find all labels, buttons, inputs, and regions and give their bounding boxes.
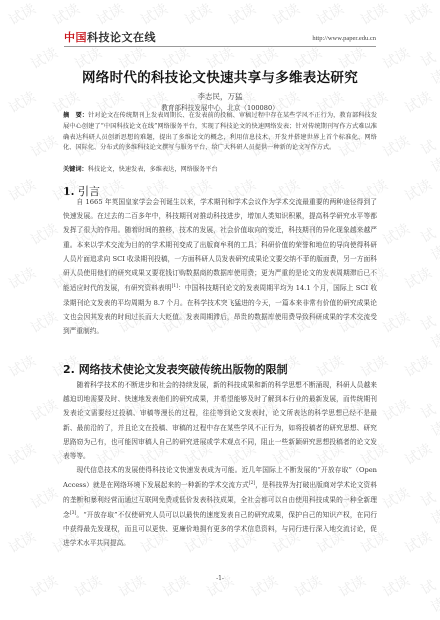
- paragraph-text: 自 1665 年英国皇家学会会刊诞生以来，学术期刊和学术会议作为学术交流最重要的…: [63, 198, 377, 292]
- paragraph-network-1: 随着科学技术的不断进步和社会的持续发展，新的科技成果和新的科学思想不断涌现，科研…: [63, 378, 377, 463]
- paragraph-text: 。“开放存取”不仅使研究人员可以以最快的速度发表自己的研究成果，保护自己的知识产…: [63, 511, 377, 547]
- section-heading-network: 2. 网络技术使论文发表突破传统出版物的限制: [63, 361, 288, 377]
- keywords: 关键词：科技论文，快速发表，多维表达，网络服务平台: [63, 165, 377, 176]
- keywords-text: 科技论文，快速发表，多维表达，网络服务平台: [88, 166, 218, 173]
- paragraph-text: 随着科学技术的不断进步和社会的持续发展，新的科技成果和新的科学思想不断涌现，科研…: [63, 381, 377, 460]
- logo-red-text: 中国: [64, 31, 87, 44]
- paper-title: 网络时代的科技论文快速共享与多维表达研究: [0, 66, 440, 86]
- site-logo: 中国科技论文在线: [64, 32, 156, 44]
- abstract: 摘 要：针对论文在传统期刊上发表周期长、在发表前的投稿、审稿过程中存在某些学风不…: [63, 111, 377, 154]
- section-title: 网络技术使论文发表突破传统出版物的限制: [79, 363, 288, 376]
- paragraph-intro: 自 1665 年英国皇家学会会刊诞生以来，学术期刊和学术会议作为学术交流最重要的…: [63, 195, 377, 338]
- page-header: 中国科技论文在线 http://www.paper.edu.cn: [64, 32, 376, 47]
- paper-authors: 李志民，万猛: [0, 91, 440, 102]
- section-number: 2.: [63, 363, 75, 376]
- paper-affiliation: 教育部科技发展中心，北京（100080）: [0, 102, 440, 112]
- abstract-text: 针对论文在传统期刊上发表周期长、在发表前的投稿、审稿过程中存在某些学风不正行为，…: [63, 112, 377, 151]
- paragraph-network-2: 现代信息技术的发展使得科技论文快速发表成为可能。近几年国际上不断发展的“开放存取…: [63, 463, 377, 551]
- logo-dark-text: 科技论文在线: [87, 31, 156, 44]
- abstract-label: 摘 要：: [63, 112, 88, 119]
- site-url: http://www.paper.edu.cn: [312, 35, 376, 42]
- page-number: -1-: [0, 575, 440, 582]
- paper-page: 中国科技论文在线 http://www.paper.edu.cn 网络时代的科技…: [0, 0, 440, 620]
- keywords-label: 关键词：: [63, 166, 88, 173]
